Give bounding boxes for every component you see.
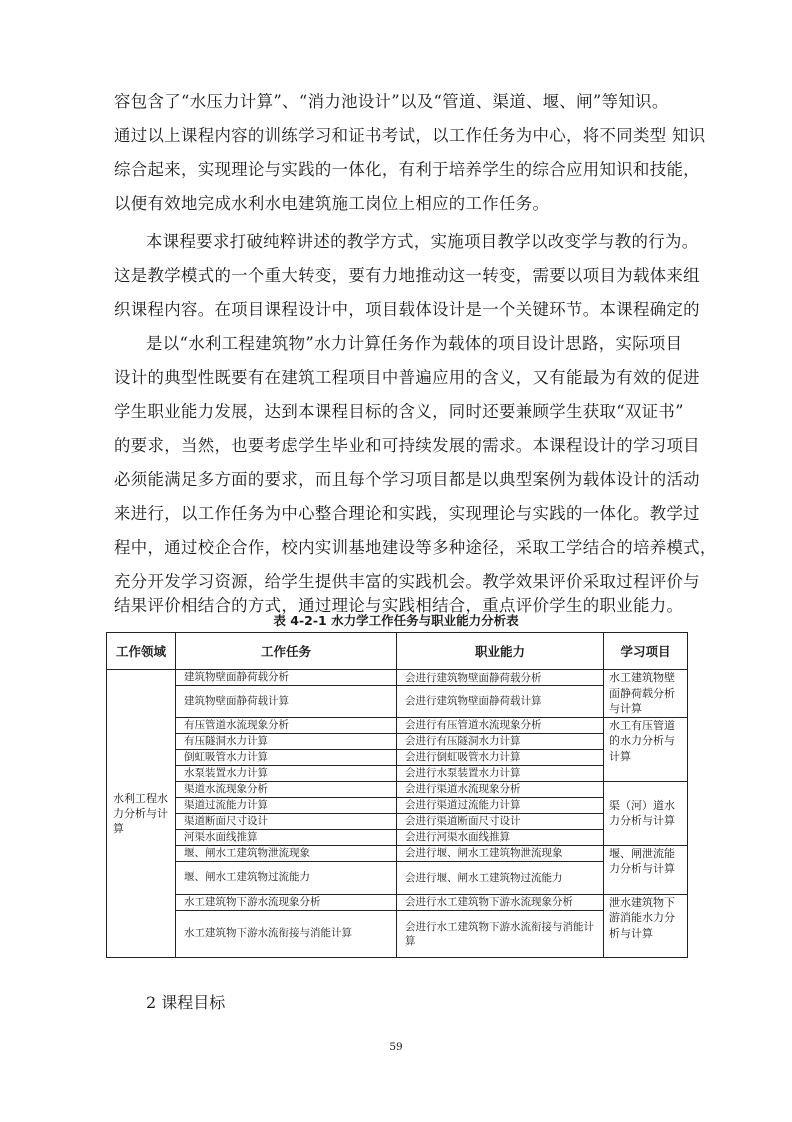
header-ability: 职业能力 [397, 633, 604, 670]
task-cell: 有压管道水流现象分析 [176, 717, 397, 733]
table-row: 渠道断面尺寸设计 会进行渠道断面尺寸设计 [107, 813, 688, 829]
table-row: 有压管道水流现象分析 会进行有压管道水流现象分析 水工有压管道的水力分析与计算 [107, 717, 688, 733]
paragraph-line: 本课程要求打破纯粹讲述的教学方式，实施项目教学以改变学与教的行为。 [146, 232, 716, 252]
table-row: 水工建筑物下游水流衔接与消能计算 会进行水工建筑物下游水流衔接与消能计算 [107, 910, 688, 957]
task-cell: 堰、闸水工建筑物泄流现象 [176, 845, 397, 861]
table-row: 渠道水流现象分析 会进行渠道水流现象分析 渠（河）道水力分析与计算 [107, 781, 688, 797]
ability-cell: 会进行渠道断面尺寸设计 [397, 813, 604, 829]
task-cell: 渠道水流现象分析 [176, 781, 397, 797]
ability-cell: 会进行堰、闸水工建筑物泄流现象 [397, 845, 604, 861]
table-row: 有压隧洞水力计算 会进行有压隧洞水力计算 [107, 733, 688, 749]
project-cell: 水工有压管道的水力分析与计算 [604, 717, 688, 781]
page-number: 59 [0, 1041, 792, 1053]
ability-cell: 会进行有压隧洞水力计算 [397, 733, 604, 749]
table-caption: 表 4-2-1 水力学工作任务与职业能力分析表 [0, 613, 792, 629]
task-cell: 建筑物壁面静荷载分析 [176, 670, 397, 686]
ability-cell: 会进行河渠水面线推算 [397, 829, 604, 845]
task-cell: 渠道断面尺寸设计 [176, 813, 397, 829]
paragraph-line: 学生职业能力发展，达到本课程目标的含义，同时还要兼顾学生获取“双证书” [114, 402, 684, 422]
ability-cell: 会进行渠道水流现象分析 [397, 781, 604, 797]
task-cell: 倒虹吸管水力计算 [176, 749, 397, 765]
project-cell: 堰、闸泄流能力分析与计算 [604, 845, 688, 894]
table-row: 水工建筑物下游水流现象分析 会进行水工建筑物下游水流现象分析 泄水建筑物下游消能… [107, 894, 688, 910]
header-task: 工作任务 [176, 633, 397, 670]
paragraph-line: 综合起来，实现理论与实践的一体化，有利于培养学生的综合应用知识和技能， [114, 160, 684, 180]
document-page: 容包含了“水压力计算”、“消力池设计”以及“管道、渠道、堰、闸”等知识。 通过以… [0, 0, 792, 1122]
paragraph-line: 程中，通过校企合作，校内实训基地建设等多种途径，采取工学结合的培养模式， [114, 538, 684, 558]
project-cell: 水工建筑物壁面静荷载分析与计算 [604, 670, 688, 718]
paragraph-line: 通过以上课程内容的训练学习和证书考试，以工作任务为中心，将不同类型 知识 [114, 126, 684, 146]
ability-cell: 会进行渠道过流能力计算 [397, 797, 604, 813]
domain-cell: 水利工程水力分析与计算 [107, 670, 176, 958]
table-row: 河渠水面线推算 会进行河渠水面线推算 [107, 829, 688, 845]
project-cell: 渠（河）道水力分析与计算 [604, 781, 688, 845]
paragraph-line: 来进行，以工作任务为中心整合理论和实践，实现理论与实践的一体化。教学过 [114, 504, 684, 524]
task-cell: 水工建筑物下游水流衔接与消能计算 [176, 910, 397, 957]
table-header-row: 工作领域 工作任务 职业能力 学习项目 [107, 633, 688, 670]
table-row: 建筑物壁面静荷载计算 会进行建筑物壁面静荷载计算 [107, 686, 688, 717]
paragraph-line: 必须能满足多方面的要求，而且每个学习项目都是以典型案例为载体设计的活动 [114, 470, 684, 490]
task-cell: 渠道过流能力计算 [176, 797, 397, 813]
table-row: 堰、闸水工建筑物过流能力 会进行堰、闸水工建筑物过流能力 [107, 861, 688, 894]
ability-cell: 会进行建筑物壁面静荷载计算 [397, 686, 604, 717]
paragraph-line: 设计的典型性既要有在建筑工程项目中普遍应用的含义，又有能最为有效的促进 [114, 368, 684, 388]
table-row: 堰、闸水工建筑物泄流现象 会进行堰、闸水工建筑物泄流现象 堰、闸泄流能力分析与计… [107, 845, 688, 861]
task-cell: 建筑物壁面静荷载计算 [176, 686, 397, 717]
task-cell: 河渠水面线推算 [176, 829, 397, 845]
paragraph-line: 的要求，当然，也要考虑学生毕业和可持续发展的需求。本课程设计的学习项目 [114, 436, 684, 456]
paragraph-line: 织课程内容。在项目课程设计中，项目载体设计是一个关键环节。本课程确定的 [114, 300, 684, 320]
table-row: 水泵装置水力计算 会进行水泵装置水力计算 [107, 765, 688, 781]
project-cell: 泄水建筑物下游消能水力分析与计算 [604, 894, 688, 957]
ability-cell: 会进行建筑物壁面静荷载分析 [397, 670, 604, 686]
header-domain: 工作领域 [107, 633, 176, 670]
ability-cell: 会进行水工建筑物下游水流衔接与消能计算 [397, 910, 604, 957]
header-project: 学习项目 [604, 633, 688, 670]
ability-cell: 会进行倒虹吸管水力计算 [397, 749, 604, 765]
table-row: 渠道过流能力计算 会进行渠道过流能力计算 [107, 797, 688, 813]
ability-cell: 会进行堰、闸水工建筑物过流能力 [397, 861, 604, 894]
ability-cell: 会进行有压管道水流现象分析 [397, 717, 604, 733]
paragraph-line: 这是教学模式的一个重大转变，要有力地推动这一转变，需要以项目为载体来组 [114, 266, 684, 286]
table-row: 倒虹吸管水力计算 会进行倒虹吸管水力计算 [107, 749, 688, 765]
paragraph-line: 容包含了“水压力计算”、“消力池设计”以及“管道、渠道、堰、闸”等知识。 [114, 92, 684, 112]
ability-cell: 会进行水泵装置水力计算 [397, 765, 604, 781]
ability-cell: 会进行水工建筑物下游水流现象分析 [397, 894, 604, 910]
task-cell: 堰、闸水工建筑物过流能力 [176, 861, 397, 894]
table-row: 水利工程水力分析与计算 建筑物壁面静荷载分析 会进行建筑物壁面静荷载分析 水工建… [107, 670, 688, 686]
task-cell: 水泵装置水力计算 [176, 765, 397, 781]
task-cell: 水工建筑物下游水流现象分析 [176, 894, 397, 910]
section-heading: 2 课程目标 [146, 993, 225, 1013]
task-cell: 有压隧洞水力计算 [176, 733, 397, 749]
paragraph-line: 以便有效地完成水利水电建筑施工岗位上相应的工作任务。 [114, 194, 684, 214]
analysis-table: 工作领域 工作任务 职业能力 学习项目 水利工程水力分析与计算 建筑物壁面静荷载… [106, 632, 688, 958]
paragraph-line: 是以“水利工程建筑物”水力计算任务作为载体的项目设计思路，实际项目 [146, 334, 716, 354]
paragraph-line: 充分开发学习资源，给学生提供丰富的实践机会。教学效果评价采取过程评价与 [114, 572, 684, 592]
